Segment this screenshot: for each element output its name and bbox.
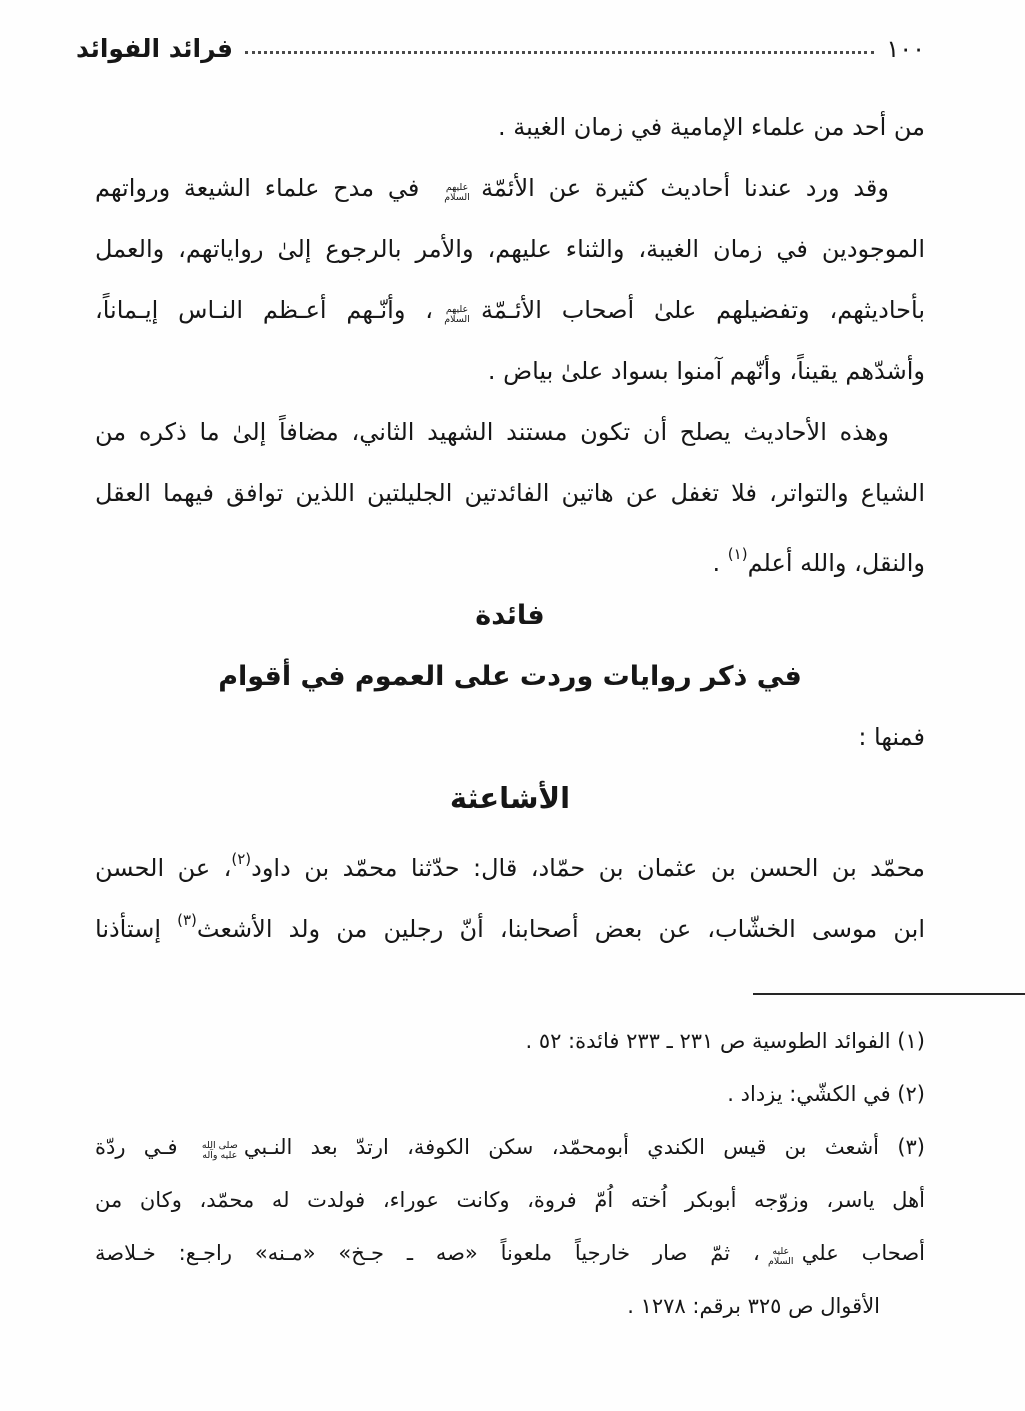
footnote-ref-2: (٢) (231, 850, 251, 868)
page-number: ١٠٠ (886, 35, 925, 63)
body-line-14: ابن موسى الخشّاب، عن بعض أصحابنا، أنّ رج… (95, 890, 925, 951)
section-heading-ashaaitha: الأشاعثة (95, 768, 925, 829)
page-header: ١٠٠ فرائد الفوائد (0, 0, 1025, 63)
book-page: ١٠٠ فرائد الفوائد من أحد من علماء الإمام… (0, 0, 1025, 1411)
honorific-alayhim-assalam: عليهم السلام (435, 183, 479, 203)
body-line-3: الموجودين في زمان الغيبة، والثناء عليهم،… (95, 219, 925, 280)
honorific-sallallahu-alayhi-waalih: صلى الله عليه وآله (198, 1141, 242, 1161)
footnotes: (١) الفوائد الطوسية ص ٢٣١ ـ ٢٣٣ فائدة: ٥… (95, 1015, 925, 1333)
body-line-6: وهذه الأحاديث يصلح أن تكون مستند الشهيد … (95, 402, 925, 463)
footnote-3-line-2: أهل ياسر، وزوّجه أبوبكر اُخته اُمّ فروة،… (95, 1174, 925, 1227)
body-line-13: محمّد بن الحسن بن عثمان بن حمّاد، قال: ح… (95, 829, 925, 890)
body-line-8: والنقل، والله أعلم(١) . (95, 524, 925, 585)
footnote-separator (753, 993, 1025, 995)
footnote-ref-1: (١) (728, 545, 748, 563)
section-heading-riwayat: في ذكر روايات وردت على العموم في أقوام (95, 646, 925, 707)
section-heading-faida: فائدة (95, 585, 925, 646)
book-title: فرائد الفوائد (76, 34, 233, 63)
body-line-1: من أحد من علماء الإمامية في زمان الغيبة … (95, 97, 925, 158)
body-line-5: وأشدّهم يقيناً، وأنّهم آمنوا بسواد علىٰ … (95, 341, 925, 402)
footnote-ref-3: (٣) (177, 911, 197, 929)
footnote-3-line-1: (٣) أشعث بن قيس الكندي أبومحمّد، سكن الك… (95, 1121, 925, 1174)
honorific-alayhim-assalam: عليهم السلام (435, 305, 479, 325)
footnote-1: (١) الفوائد الطوسية ص ٢٣١ ـ ٢٣٣ فائدة: ٥… (95, 1015, 925, 1068)
body-line-faminha: فمنها : (95, 707, 925, 768)
main-text: من أحد من علماء الإمامية في زمان الغيبة … (95, 97, 925, 951)
body-line-4: بأحاديثهم، وتفضيلهم علىٰ أصحاب الأئـمّةع… (95, 280, 925, 341)
dotted-leader (245, 51, 874, 54)
honorific-alayhis-salam: عليه السلام (762, 1247, 800, 1267)
footnote-3-line-4: الأقوال ص ٣٢٥ برقم: ١٢٧٨ . (95, 1280, 925, 1333)
body-line-7: الشياع والتواتر، فلا تغفل عن هاتين الفائ… (95, 463, 925, 524)
body-line-2: وقد ورد عندنا أحاديث كثيرة عن الأئمّةعلي… (95, 158, 925, 219)
footnote-3-line-3: أصحاب عليعليه السلام، ثمّ صار خارجياً مل… (95, 1227, 925, 1280)
footnote-2: (٢) في الكشّي: يزداد . (95, 1068, 925, 1121)
